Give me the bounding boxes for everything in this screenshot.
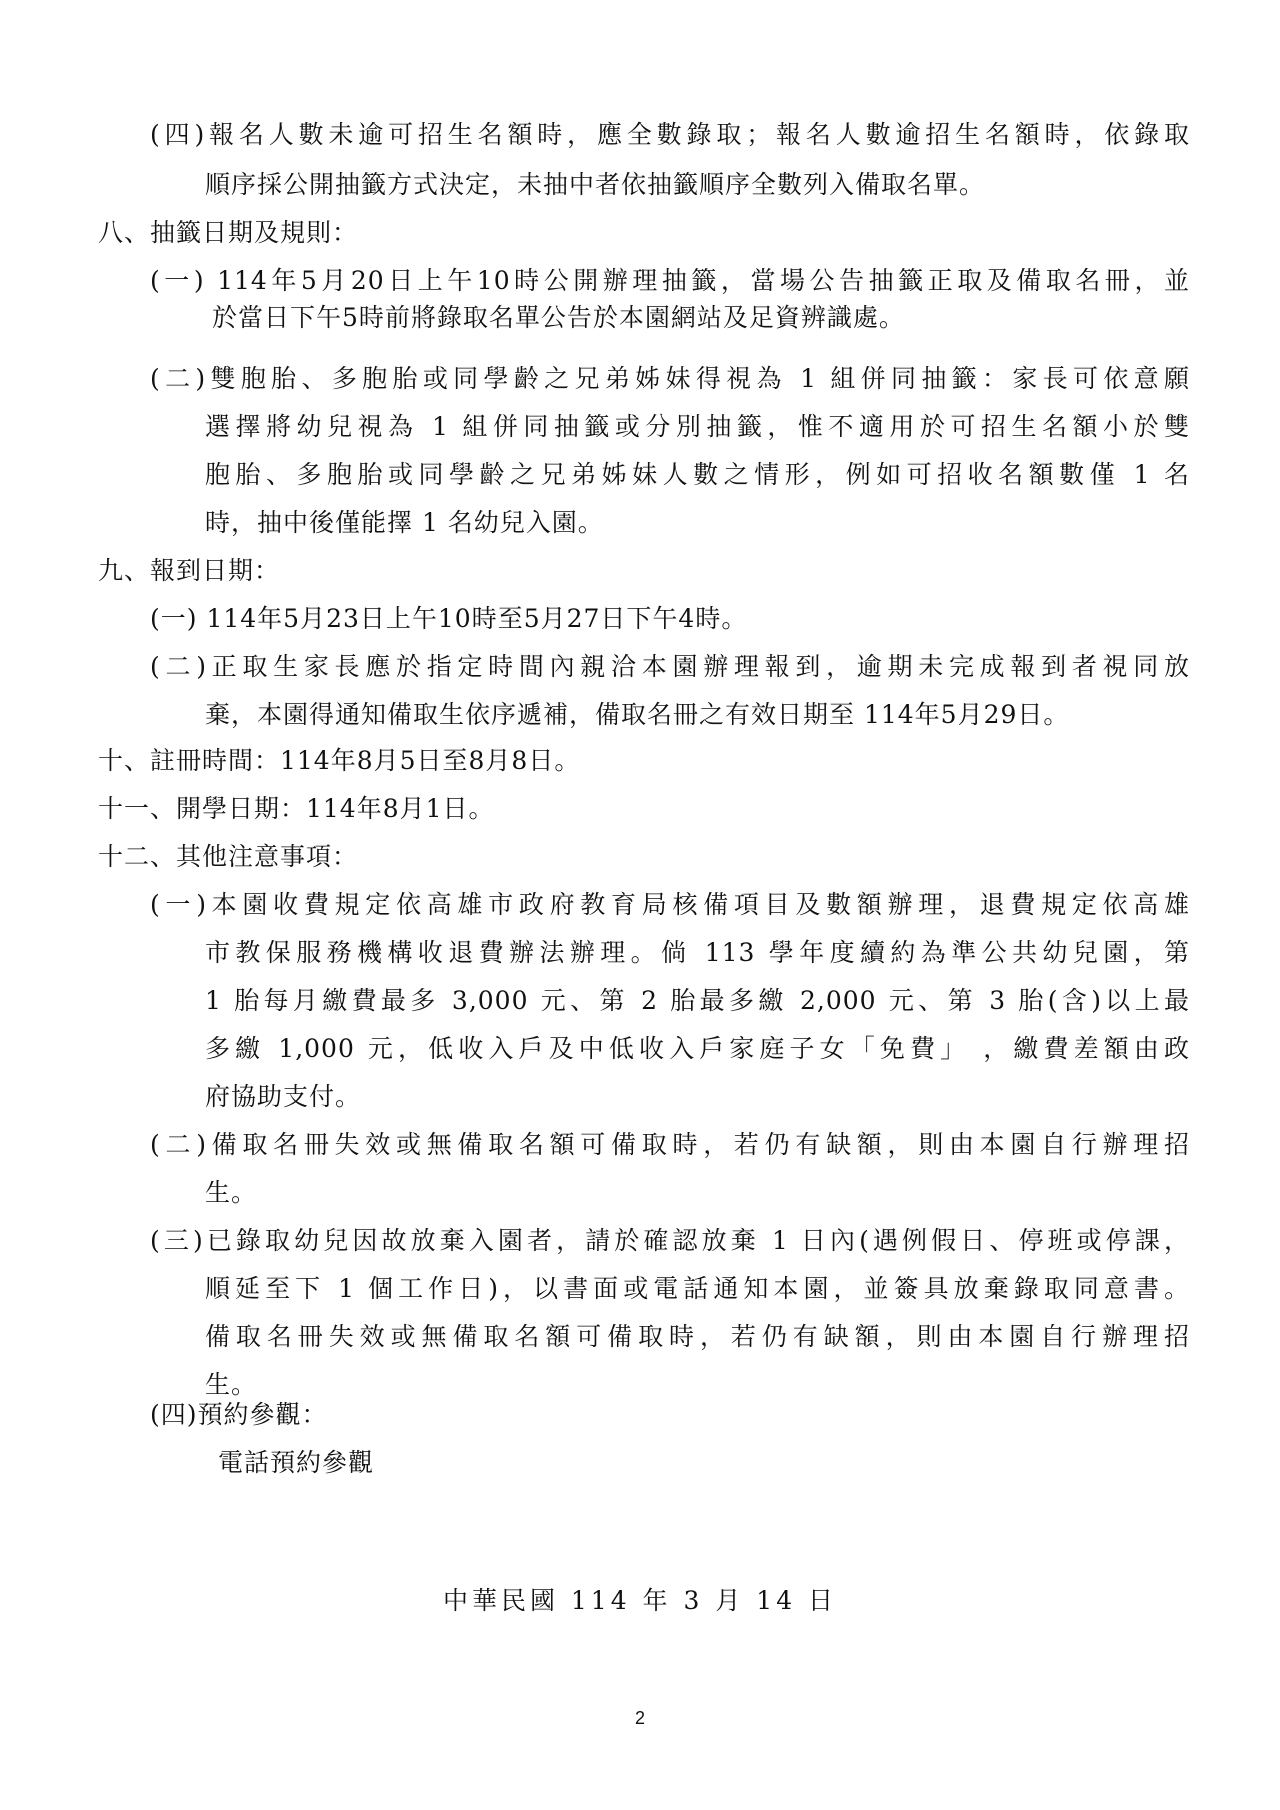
paragraph-line: 生。 [205, 1178, 257, 1208]
paragraph-line: 市教保服務機構收退費辦法辦理。倘 113 學年度續約為準公共幼兒園，第 [205, 938, 1190, 968]
paragraph-line: 1 胎每月繳費最多 3,000 元、第 2 胎最多繳 2,000 元、第 3 胎… [205, 986, 1190, 1016]
paragraph-line: (四)預約參觀： [150, 1400, 328, 1430]
section-heading: 十一、開學日期：114年8月1日。 [98, 794, 495, 824]
paragraph-line: 時，抽中後僅能擇 1 名幼兒入園。 [205, 508, 604, 538]
paragraph-line: 胞胎、多胞胎或同學齡之兄弟姊妹人數之情形，例如可招收名額數僅 1 名 [205, 460, 1190, 490]
section-heading: 十、註冊時間：114年8月5日至8月8日。 [98, 746, 580, 776]
page-number: 2 [0, 1708, 1280, 1728]
paragraph-line: (一)本園收費規定依高雄市政府教育局核備項目及數額辦理，退費規定依高雄 [150, 890, 1190, 920]
paragraph-line: 備取名冊失效或無備取名額可備取時，若仍有缺額，則由本園自行辦理招 [205, 1322, 1190, 1352]
paragraph-line: (三)已錄取幼兒因故放棄入園者，請於確認放棄 1 日內(遇例假日、停班或停課， [150, 1226, 1190, 1256]
paragraph-line: 生。 [205, 1370, 257, 1400]
paragraph-line: 選擇將幼兒視為 1 組併同抽籤或分別抽籤，惟不適用於可招生名額小於雙 [205, 412, 1190, 442]
paragraph-line: 順延至下 1 個工作日)，以書面或電話通知本園，並簽具放棄錄取同意書。 [205, 1274, 1190, 1304]
paragraph-line: (四)報名人數未逾可招生名額時，應全數錄取；報名人數逾招生名額時，依錄取 [150, 120, 1190, 150]
section-heading: 九、報到日期： [98, 556, 280, 586]
paragraph-line: 棄，本園得通知備取生依序遞補，備取名冊之有效日期至 114年5月29日。 [205, 700, 1069, 730]
paragraph-line: 府協助支付。 [205, 1082, 361, 1112]
paragraph-line: 於當日下午5時前將錄取名單公告於本園網站及足資辨識處。 [212, 303, 905, 333]
paragraph-line: (二)備取名冊失效或無備取名額可備取時，若仍有缺額，則由本園自行辦理招 [150, 1130, 1190, 1160]
paragraph-line: 順序採公開抽籤方式決定，未抽中者依抽籤順序全數列入備取名單。 [205, 170, 985, 200]
paragraph-line: (二)雙胞胎、多胞胎或同學齡之兄弟姊妹得視為 1 組併同抽籤：家長可依意願 [150, 364, 1190, 394]
section-heading: 十二、其他注意事項： [98, 842, 358, 872]
paragraph-line: 電話預約參觀 [218, 1448, 374, 1478]
paragraph-line: (一) 114年5月23日上午10時至5月27日下午4時。 [150, 604, 747, 634]
paragraph-line: 多繳 1,000 元，低收入戶及中低收入戶家庭子女「免費」 ，繳費差額由政 [205, 1034, 1190, 1064]
document-date: 中華民國 114 年 3 月 14 日 [0, 1586, 1280, 1616]
section-heading: 八、抽籤日期及規則： [98, 218, 358, 248]
paragraph-line: (一) 114年5月20日上午10時公開辦理抽籤，當場公告抽籤正取及備取名冊，並 [150, 266, 1190, 296]
paragraph-line: (二)正取生家長應於指定時間內親洽本園辦理報到，逾期未完成報到者視同放 [150, 652, 1190, 682]
